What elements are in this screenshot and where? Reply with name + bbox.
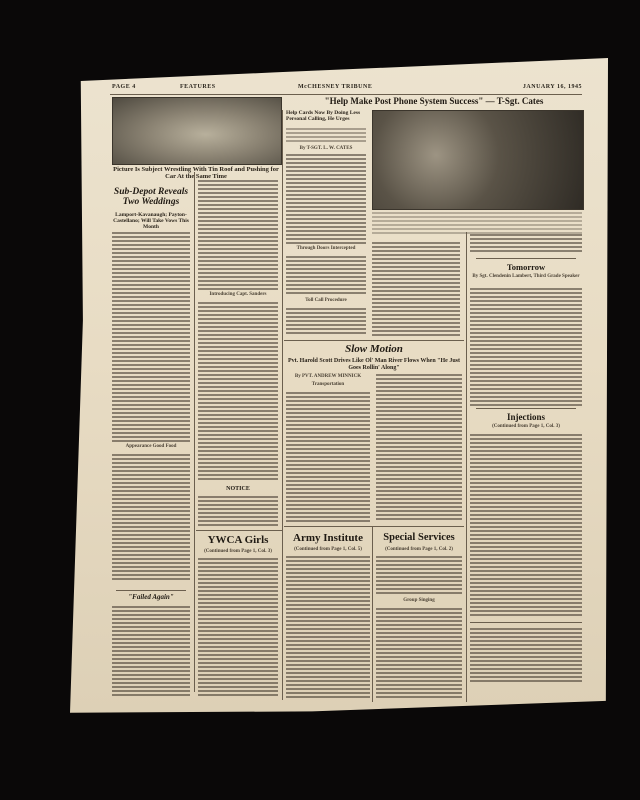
right-column-bottom (470, 628, 582, 682)
newspaper-sheet: PAGE 4 FEATURES McCHESNEY TRIBUNE JANUAR… (110, 82, 582, 690)
ywca-body (198, 558, 278, 698)
issue-date: JANUARY 16, 1945 (523, 84, 582, 90)
subdepot-deck: Lamport-Kavanaugh; Payton-Castellano; Wi… (112, 212, 190, 230)
phone-body-3 (286, 308, 366, 336)
box-rule (196, 530, 282, 531)
army-institute-body (286, 556, 370, 700)
injections-headline: Injections (470, 412, 582, 422)
slow-motion-subhead: Transportation (286, 382, 370, 388)
special-services-headline: Special Services (376, 532, 462, 543)
special-services-body-2 (376, 608, 462, 700)
phone-subhead-2: Toll Call Procedure (286, 298, 366, 304)
divider (470, 622, 582, 623)
subdepot-headline: Sub-Depot Reveals Two Weddings (112, 188, 190, 208)
column-1-body (112, 454, 190, 580)
phone-intro (286, 128, 366, 144)
phone-byline: By T-SGT. L. W. CATES (286, 146, 366, 152)
box-rule (284, 526, 464, 527)
column-rule (466, 232, 467, 702)
folio-line: PAGE 4 FEATURES McCHESNEY TRIBUNE JANUAR… (110, 82, 582, 94)
slow-motion-byline: By PVT. ANDREW MINNICK (286, 374, 370, 380)
tomorrow-byline: By Sgt. Clendenin Lambert, Third Grade S… (470, 274, 582, 280)
ywca-continued: (Continued from Page 1, Col. 3) (198, 549, 278, 555)
special-services-body-1 (376, 556, 462, 596)
section-name: FEATURES (180, 84, 216, 90)
folio-rule (110, 94, 582, 95)
army-institute-continued: (Continued from Page 1, Col. 5) (286, 547, 370, 553)
notice-body (198, 496, 278, 526)
column-rule (194, 172, 195, 692)
special-services-continued: (Continued from Page 1, Col. 2) (376, 547, 462, 553)
tomorrow-headline: Tomorrow (470, 262, 582, 272)
right-column-top (470, 234, 582, 254)
photo-story-body (198, 180, 278, 290)
page-number: PAGE 4 (112, 84, 136, 90)
slow-motion-body-2 (376, 374, 462, 522)
box-rule (284, 340, 464, 341)
paper-name: McCHESNEY TRIBUNE (298, 84, 372, 90)
army-institute-headline: Army Institute (286, 532, 370, 544)
divider (476, 408, 576, 409)
phone-deck: Help Cards Now By Doing Less Personal Ca… (286, 110, 366, 122)
failed-again-body (112, 606, 190, 696)
tomorrow-body (470, 288, 582, 406)
phone-body-4 (372, 242, 460, 338)
newspaper-page: PAGE 4 FEATURES McCHESNEY TRIBUNE JANUAR… (70, 58, 608, 714)
appearance-subhead: Appearance Good Food (112, 444, 190, 450)
slow-motion-headline: Slow Motion (286, 344, 462, 356)
introducing-body (198, 302, 278, 482)
injections-body (470, 434, 582, 618)
subdepot-body (112, 232, 190, 442)
column-rule (282, 110, 283, 700)
phone-photo-caption (372, 212, 582, 236)
phone-subhead-1: Through Doors Intercepted (286, 246, 366, 252)
introducing-subhead: Introducing Capt. Sanders (198, 292, 278, 298)
phone-headline: "Help Make Post Phone System Success" — … (286, 97, 582, 106)
phone-body-1 (286, 154, 366, 244)
phone-body-2 (286, 256, 366, 296)
slow-motion-deck: Pvt. Harold Scott Drives Like Ol' Man Ri… (286, 358, 462, 371)
photo-phone-operators (372, 110, 584, 210)
notice-headline: NOTICE (198, 486, 278, 492)
injections-continued: (Continued from Page 1, Col. 3) (470, 424, 582, 430)
failed-again-headline: "Failed Again" (112, 594, 190, 601)
photo-caption-left: Picture Is Subject Wrestling With Tin Ro… (112, 166, 280, 180)
ywca-headline: YWCA Girls (198, 534, 278, 546)
slow-motion-body-1 (286, 392, 370, 522)
column-rule (372, 526, 373, 702)
divider (116, 590, 186, 591)
divider (476, 258, 576, 259)
photo-bus-truck (112, 97, 282, 165)
special-services-subhead: Group Singing (376, 598, 462, 604)
